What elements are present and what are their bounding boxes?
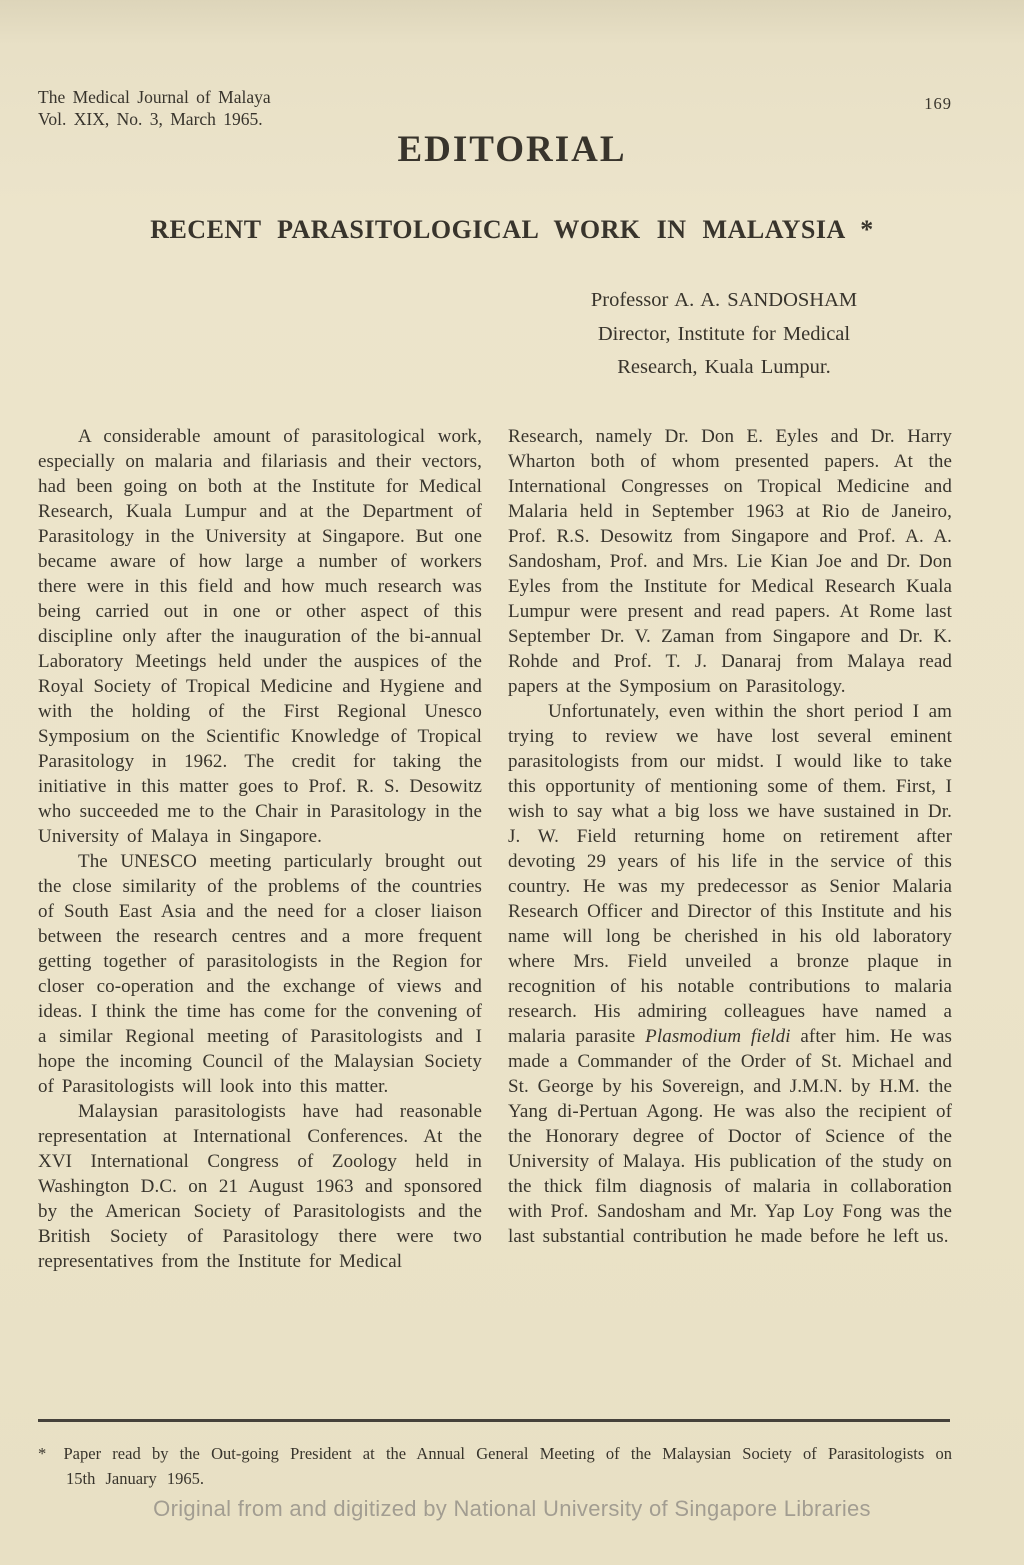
digitization-watermark: Original from and digitized by National … [0, 1496, 1024, 1522]
footnote-marker: * [38, 1444, 52, 1463]
journal-issue: Vol. XIX, No. 3, March 1965. [38, 108, 271, 130]
species-name: Plasmodium fieldi [645, 1026, 790, 1047]
footnote-text: Paper read by the Out-going President at… [64, 1444, 953, 1488]
paragraph-4-text-end: after him. He was made a Commander of th… [508, 1026, 952, 1247]
right-column: Research, namely Dr. Don E. Eyles and Dr… [508, 424, 952, 1274]
journal-title: The Medical Journal of Malaya [38, 86, 271, 108]
byline: Professor A. A. SANDOSHAM Director, Inst… [520, 284, 928, 385]
paragraph-4-text: Unfortunately, even within the short per… [508, 701, 952, 1047]
left-column: A considerable amount of parasitological… [38, 424, 482, 1274]
section-title: EDITORIAL [0, 128, 1024, 171]
paragraph-3-continuation: Research, namely Dr. Don E. Eyles and Dr… [508, 424, 952, 699]
paragraph-2: The UNESCO meeting particularly brought … [38, 849, 482, 1099]
paragraph-3: Malaysian parasitologists have had reaso… [38, 1099, 482, 1274]
article-body: A considerable amount of parasitological… [38, 424, 952, 1274]
footnote-divider [38, 1419, 950, 1422]
byline-author: Professor A. A. SANDOSHAM [520, 284, 928, 318]
article-title: RECENT PARASITOLOGICAL WORK IN MALAYSIA … [0, 215, 1024, 245]
journal-page: The Medical Journal of Malaya Vol. XIX, … [0, 0, 1024, 1565]
byline-institution: Research, Kuala Lumpur. [520, 351, 928, 385]
footnote: * Paper read by the Out-going President … [38, 1441, 952, 1491]
paragraph-4: Unfortunately, even within the short per… [508, 699, 952, 1249]
journal-masthead: The Medical Journal of Malaya Vol. XIX, … [38, 86, 271, 130]
byline-role: Director, Institute for Medical [520, 318, 928, 352]
page-number: 169 [924, 94, 952, 114]
paragraph-1: A considerable amount of parasitological… [38, 424, 482, 849]
